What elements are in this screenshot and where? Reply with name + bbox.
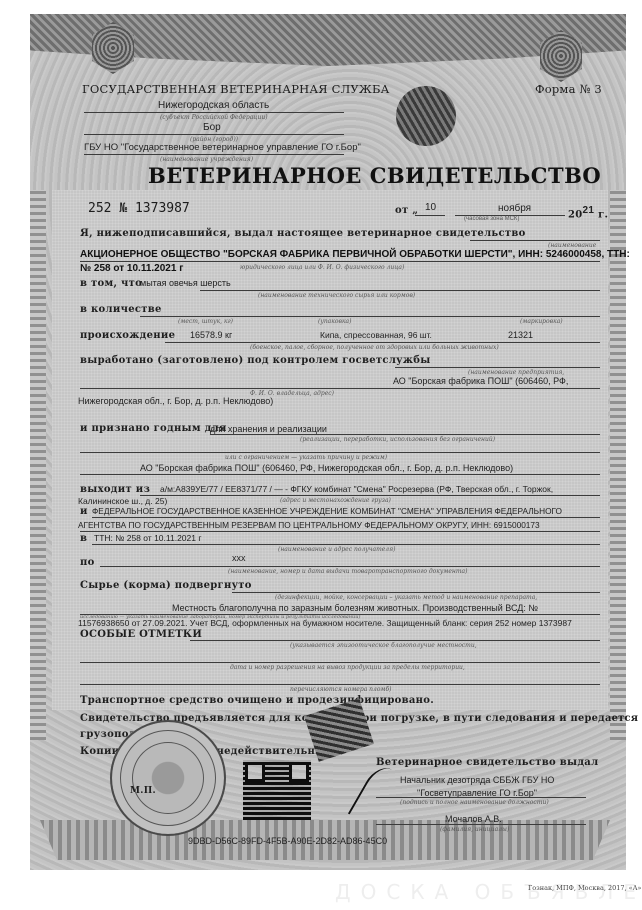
doc-caption: (наименование, номер и дата выдачи товар… [228,568,467,575]
recipient-line-2: № 258 от 10.11.2021 г [80,263,183,274]
recipient-caption: юридического лица или Ф. И. О. физическо… [240,264,404,271]
in-label: в [80,533,87,544]
number-sign: № [119,201,127,216]
qr-code [243,760,311,820]
date-month: ноября [498,203,531,214]
weight-value: 16578.9 кг [190,330,232,340]
name-line [376,824,586,825]
restriction-caption: или с ограничением — указать причину и р… [225,454,387,461]
recipient-line-1: АКЦИОНЕРНОЕ ОБЩЕСТВО "БОРСКАЯ ФАБРИКА ПЕ… [80,249,630,260]
ornament-left [30,190,46,740]
origin-line [165,342,600,343]
service-name: ГОСУДАРСТВЕННАЯ ВЕТЕРИНАРНАЯ СЛУЖБА [82,82,390,96]
recipient-line [80,261,600,262]
region-line [84,112,344,113]
date-day: 10 [425,202,436,213]
region-caption: (субъект Российской Федерации) [160,114,268,121]
quantity-caption-mark: (маркировка) [520,318,563,325]
sender-value: АО "Борская фабрика ПОШ" (606460, РФ, Ни… [140,463,513,473]
date-year: 2021 г. [568,205,608,220]
consignee-line-2: АГЕНТСТВА ПО ГОСУДАРСТВЕННЫМ РЕЗЕРВАМ ПО… [78,520,540,530]
doc-value: ххх [232,553,246,563]
doc-line [100,566,600,567]
official-stamp [110,720,226,836]
transport-value: а/м:А839УЕ/77 / ЕЕ8371/77 / — - ФГКУ ком… [160,484,553,494]
issued-label: Я, нижеподписавшийся, выдал настоящее ве… [80,228,526,239]
position-line [376,797,586,798]
produced-line [395,367,600,368]
document-title: ВЕТЕРИНАРНОЕ СВИДЕТЕЛЬСТВО [148,163,601,188]
sender-line [80,474,600,475]
produced-label: выработано (заготовлено) под контролем г… [80,355,431,366]
locality-value: Местность благополучна по заразным болез… [172,603,538,613]
transport-caption: (адрес и местонахождение груза) [280,497,391,504]
transport-line [140,495,600,496]
region-value: Нижегородская область [158,100,269,111]
transport-clean: Транспортное средство очищено и продезин… [80,695,434,706]
that-label: в том, что [80,278,142,289]
stamp-label: М.П. [130,786,156,796]
signer-name: Мочалов А.В. [445,814,502,824]
treated-line [232,592,600,593]
special-line [190,640,600,641]
special-notes-label: ОСОБЫЕ ОТМЕТКИ [80,629,202,640]
ornament-right [610,190,626,740]
permit-line [80,662,600,663]
restriction-line [80,452,600,453]
certificate-series-number: 252 № 1373987 [88,201,190,216]
ttn-value: ТТН: № 258 от 10.11.2021 г [94,533,201,543]
printer-note: Гознак, МПФ, Москва, 2017, «А» [528,884,642,892]
year-suffix: 21 [583,205,595,216]
marking-value: 21321 [508,330,533,340]
hologram-top [396,86,456,146]
quantity-caption-mest: (мест, штук, кг) [178,318,233,325]
consignee-caption: (наименование и адрес получателя) [278,546,395,553]
packaging-value: Кипа, спрессованная, 96 шт. [320,330,432,340]
quantity-line [140,316,600,317]
form-number: Форма № 3 [535,82,602,96]
year-prefix: 20 [568,209,583,220]
produced-caption: (наименование предприятия, [468,369,564,376]
seals-line [80,684,600,685]
purpose-caption: (реализации, переработки, использования … [300,436,495,443]
consignee-line-1: ФЕДЕРАЛЬНОЕ ГОСУДАРСТВЕННОЕ КАЗЕННОЕ УЧР… [92,506,562,516]
permit-caption: дата и номер разрешения на вывоз продукц… [230,664,465,671]
day-line [415,215,445,216]
issued-caption: (наименование [548,242,596,249]
timezone-caption: (часовая зона МСК) [464,216,519,222]
consignee-line-a [92,517,600,518]
ttn-line [92,544,600,545]
consignee-line-b [80,531,600,532]
product-value: мытая овечья шерсть [140,278,231,288]
position-line-1: Начальник дезотряда СББЖ ГБУ НО [400,775,554,785]
district-value: Бор [203,122,221,133]
institution-caption: (наименование учреждения) [160,156,253,163]
quantity-caption-pack: (упаковка) [318,318,351,325]
special-caption: (указывается эпизоотическое благополучие… [290,642,477,649]
origin-label: происхождение [80,330,175,341]
issued-by-label: Ветеринарное свидетельство выдал [376,757,598,768]
departs-label: выходит из [80,484,150,495]
origin-caption: (боенское, палое, сборное, полученное от… [250,344,499,351]
by-label: по [80,557,95,568]
transport-line-2: Калининское ш., д. 25) [78,496,167,506]
producer-line [80,388,600,389]
certificate-number: 1373987 [135,201,190,216]
seals-caption: перечисляются номера пломб) [290,686,391,693]
position-caption: (подпись и полное наименование должности… [400,799,549,806]
treated-caption: (дезинфекции, мойке, консервации – указа… [275,594,537,601]
treated-label: Сырье (корма) подвергнуто [80,580,252,591]
vsd-value: 11576938650 от 27.09.2021. Учет ВСД, офо… [78,618,572,628]
quantity-label: в количестве [80,304,162,315]
name-caption: (фамилия, инициалы) [440,826,509,833]
institution-line [84,154,344,155]
product-line [200,290,600,291]
to-label: и [80,506,88,517]
document-uuid: 9DBD-D56C-89FD-4F5B-A90E-2D82-AD86-45C0 [188,836,387,846]
purpose-value: для хранения и реализации [210,424,327,434]
purpose-line [210,434,600,435]
issued-line [470,240,600,241]
product-caption: (наименование технического сырья или кор… [258,292,415,299]
certificate-series: 252 [88,201,111,216]
producer-line-2: Нижегородская обл., г. Бор, д. р.п. Некл… [78,396,273,406]
recognized-label: и признано годным для [80,423,227,434]
institution-value: ГБУ НО "Государственное ветеринарное упр… [84,142,361,153]
producer-line-1: АО "Борская фабрика ПОШ" (606460, РФ, [393,376,568,386]
year-unit: г. [598,209,608,220]
district-line [84,134,344,135]
